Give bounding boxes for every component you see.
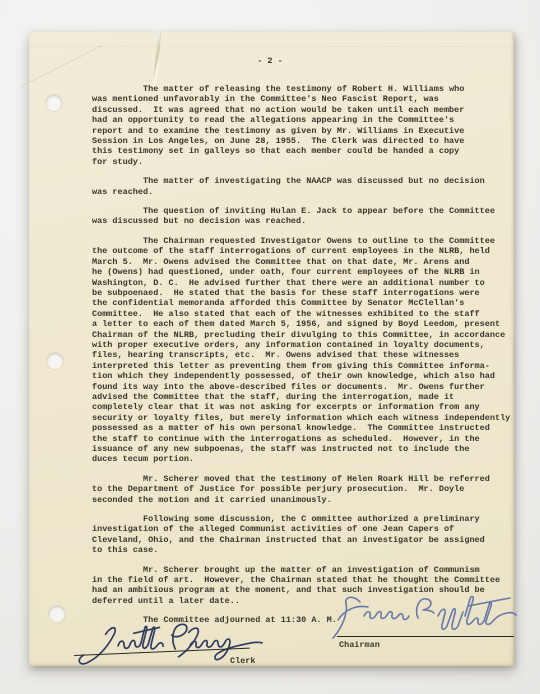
chairman-title-label: Chairman	[339, 640, 380, 650]
punch-hole	[46, 95, 62, 111]
punch-hole	[49, 606, 65, 622]
page-number: - 2 -	[230, 56, 310, 66]
paragraph-williams-testimony: The matter of releasing the testimony of…	[92, 84, 506, 167]
paragraph-naacp: The matter of investigating the NAACP wa…	[92, 176, 506, 197]
clerk-title-label: Clerk	[230, 656, 256, 666]
chairman-signature-line	[337, 636, 514, 637]
paragraph-hulan-jack: The question of inviting Hulan E. Jack t…	[92, 206, 506, 227]
document-page: - 2 - The matter of releasing the testim…	[29, 32, 514, 666]
punch-hole	[47, 353, 63, 369]
paragraph-jean-capers: Following some discussion, the C ommitte…	[92, 514, 506, 556]
chairman-signature-strokes	[333, 596, 516, 638]
minutes-body: The matter of releasing the testimony of…	[92, 84, 506, 626]
paragraph-helen-roark-hill: Mr. Scherer moved that the testimony of …	[92, 474, 506, 505]
paragraph-nlrb-interrogations: The Chairman requested Investigator Owen…	[92, 236, 506, 465]
scan-background: - 2 - The matter of releasing the testim…	[0, 0, 540, 694]
corner-fold-crease	[20, 45, 103, 89]
